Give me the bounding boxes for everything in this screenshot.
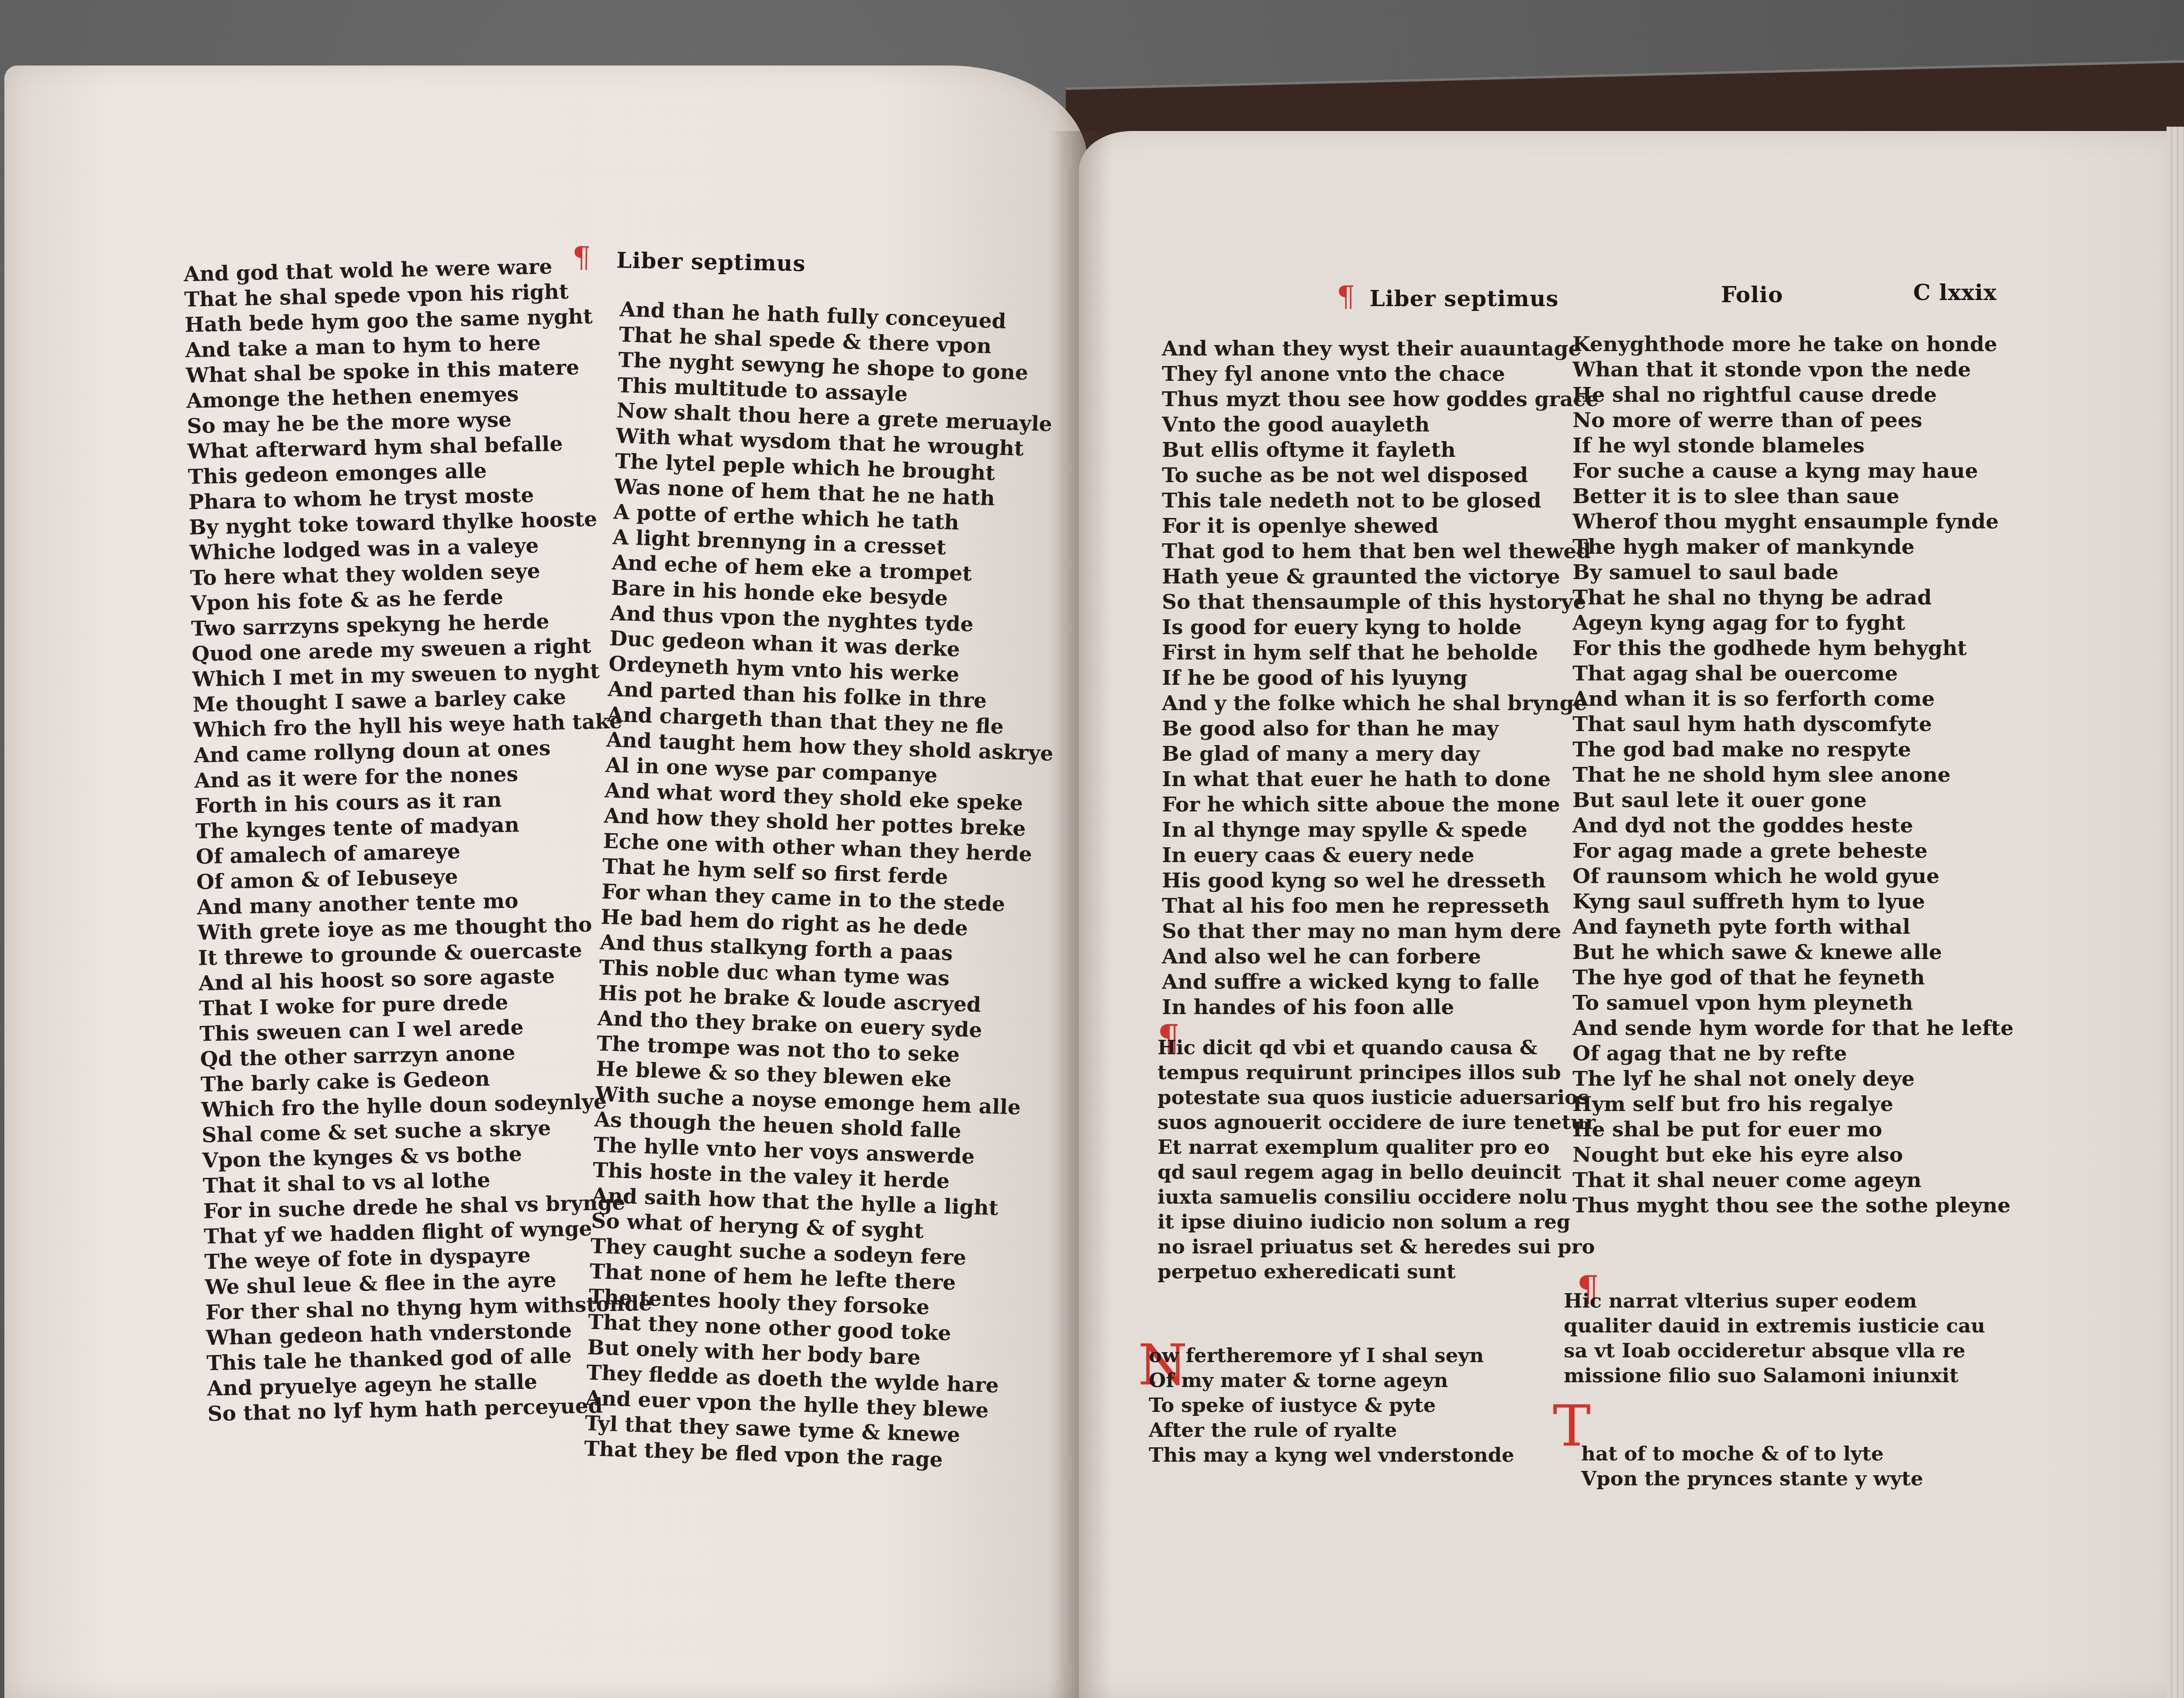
text-line: Vpon the prynces stante y wyte	[1581, 1466, 1923, 1491]
text-line: Be glad of many a mery day	[1162, 742, 1599, 767]
text-line: And whan they wyst their auauntage	[1162, 336, 1599, 362]
text-line: Kyng saul suffreth hym to lyue	[1572, 889, 2014, 915]
text-line: For this the godhede hym behyght	[1572, 636, 2014, 661]
text-line: Thus myght thou see the sothe pleyne	[1572, 1193, 2014, 1218]
text-line: In what that euer he hath to done	[1162, 767, 1599, 792]
text-line: But saul lete it ouer gone	[1572, 788, 2014, 813]
text-line: iuxta samuelis consiliu occidere nolu	[1158, 1184, 1596, 1209]
text-line: And sende hym worde for that he lefte	[1572, 1016, 2014, 1041]
text-line: no israel priuatus set & heredes sui pro	[1158, 1234, 1596, 1259]
text-line: But ellis oftyme it fayleth	[1162, 438, 1599, 463]
text-line: Hic dicit qd vbi et quando causa &	[1158, 1035, 1596, 1060]
text-line: He shal be put for euer mo	[1572, 1117, 2014, 1142]
text-line: So that thensaumple of this hystorye	[1162, 590, 1599, 615]
text-line: it ipse diuino iudicio non solum a reg	[1158, 1209, 1596, 1234]
text-line: To suche as be not wel disposed	[1162, 463, 1599, 488]
text-line: And dyd not the goddes heste	[1572, 813, 2014, 839]
text-line: If he wyl stonde blameles	[1572, 433, 2014, 459]
text-line: For suche a cause a kyng may haue	[1572, 459, 2014, 484]
text-line: Et narrat exemplum qualiter pro eo	[1158, 1135, 1596, 1160]
text-line: Vnto the good auayleth	[1162, 412, 1599, 438]
text-line: Hym self but fro his regalye	[1572, 1092, 2014, 1117]
text-line: That god to hem that ben wel thewed	[1162, 539, 1599, 564]
text-line: After the rule of ryalte	[1149, 1418, 1514, 1443]
text-line: tempus requirunt principes illos sub	[1158, 1060, 1596, 1085]
text-line: Be good also for than he may	[1162, 716, 1599, 742]
running-head-title: Liber septimus	[616, 247, 806, 276]
text-line: qualiter dauid in extremis iusticie cau	[1564, 1313, 1985, 1338]
text-line: potestate sua quos iusticie aduersarios	[1158, 1085, 1596, 1110]
text-line: And also wel he can forbere	[1162, 944, 1599, 970]
text-line: sa vt Ioab occideretur absque vlla re	[1564, 1338, 1985, 1363]
running-head-title: Liber septimus	[1369, 286, 1559, 311]
text-line: For agag made a grete beheste	[1572, 839, 2014, 864]
text-line: That al his foo men he represseth	[1162, 894, 1599, 919]
text-line: That he ne shold hym slee anone	[1572, 763, 2014, 788]
text-line: Wherof thou myght ensaumple fynde	[1572, 509, 2014, 535]
text-line: suos agnouerit occidere de iure tenetur	[1158, 1110, 1596, 1135]
latin-gloss-1: Hic dicit qd vbi et quando causa &tempus…	[1158, 1035, 1596, 1284]
text-line: That he shal no thyng be adrad	[1572, 585, 2014, 611]
text-line: In euery caas & euery nede	[1162, 843, 1599, 868]
text-line: This tale nedeth not to be glosed	[1162, 488, 1599, 514]
text-line: The lyf he shal not onely deye	[1572, 1066, 2014, 1092]
text-line: Of agag that ne by refte	[1572, 1041, 2014, 1066]
text-line: In handes of his foon alle	[1162, 995, 1599, 1020]
text-line: And whan it is so ferforth come	[1572, 687, 2014, 712]
text-line: Hath yeue & graunted the victorye	[1162, 564, 1599, 590]
right-page-column-2: Kenyghthode more he take on hondeWhan th…	[1572, 332, 2014, 1218]
text-line: And y the folke which he shal brynge	[1162, 691, 1599, 716]
text-line: For he which sitte aboue the mone	[1162, 792, 1599, 818]
text-line: This may a kyng wel vnderstonde	[1149, 1443, 1514, 1467]
text-line: That saul hym hath dyscomfyte	[1572, 712, 2014, 737]
text-line: That it shal neuer come ageyn	[1572, 1168, 2014, 1193]
text-line: qd saul regem agag in bello deuincit	[1158, 1160, 1596, 1184]
text-line: ow fertheremore yf I shal seyn	[1149, 1343, 1514, 1368]
text-line: So that ther may no man hym dere	[1162, 919, 1599, 944]
verse-section-after-gloss-2: hat of to moche & of to lyteVpon the pry…	[1581, 1441, 1923, 1491]
text-line: They fyl anone vnto the chace	[1162, 362, 1599, 387]
text-line: He shal no rightful cause drede	[1572, 383, 2014, 408]
text-line: Of raunsom which he wold gyue	[1572, 864, 2014, 889]
text-line: Thus myzt thou see how goddes grace	[1162, 387, 1599, 412]
left-page-column-2: And than he hath fully conceyuedThat he …	[584, 297, 1067, 1476]
text-line: That agag shal be ouercome	[1572, 661, 2014, 687]
right-page-column-1: And whan they wyst their auauntageThey f…	[1162, 336, 1599, 1020]
left-page-column-1: And god that wold he were wareThat he sh…	[183, 253, 654, 1427]
verse-section-after-gloss-1: ow fertheremore yf I shal seynOf my mate…	[1149, 1343, 1514, 1467]
text-line: For it is openlye shewed	[1162, 514, 1599, 539]
text-line: Better it is to slee than saue	[1572, 484, 2014, 509]
folio-number: C lxxix	[1913, 280, 1997, 305]
text-line: If he be good of his lyuyng	[1162, 666, 1599, 691]
pilcrow-icon: ¶	[1337, 280, 1355, 313]
text-line: And suffre a wicked kyng to falle	[1162, 970, 1599, 995]
text-line: No more of werre than of pees	[1572, 408, 2014, 433]
text-line: Ageyn kyng agag for to fyght	[1572, 611, 2014, 636]
text-line: Hic narrat vlterius super eodem	[1564, 1288, 1985, 1313]
text-line: hat of to moche & of to lyte	[1581, 1441, 1923, 1466]
text-line: The god bad make no respyte	[1572, 737, 2014, 763]
text-line: The hye god of that he feyneth	[1572, 965, 2014, 990]
text-line: First in hym self that he beholde	[1162, 640, 1599, 666]
folio-label: Folio	[1721, 282, 1783, 307]
latin-gloss-2: Hic narrat vlterius super eodemqualiter …	[1564, 1288, 1985, 1388]
text-line: By samuel to saul bade	[1572, 560, 2014, 585]
text-line: Whan that it stonde vpon the nede	[1572, 357, 2014, 383]
text-line: perpetuo exheredicati sunt	[1158, 1259, 1596, 1284]
text-line: Nought but eke his eyre also	[1572, 1142, 2014, 1168]
text-line: missione filio suo Salamoni iniunxit	[1564, 1363, 1985, 1388]
right-running-head: ¶ Liber septimus	[1337, 280, 1559, 313]
text-line: But he which sawe & knewe alle	[1572, 940, 2014, 965]
text-line: Is good for euery kyng to holde	[1162, 615, 1599, 640]
text-line: To samuel vpon hym pleyneth	[1572, 990, 2014, 1016]
page-edges	[2167, 127, 2184, 1698]
text-line: Kenyghthode more he take on honde	[1572, 332, 2014, 357]
text-line: To speke of iustyce & pyte	[1149, 1393, 1514, 1418]
text-line: And fayneth pyte forth withal	[1572, 915, 2014, 940]
text-line: His good kyng so wel he dresseth	[1162, 868, 1599, 894]
text-line: Of my mater & torne ageyn	[1149, 1368, 1514, 1393]
text-line: In al thynge may spylle & spede	[1162, 818, 1599, 843]
text-line: The hygh maker of mankynde	[1572, 535, 2014, 560]
